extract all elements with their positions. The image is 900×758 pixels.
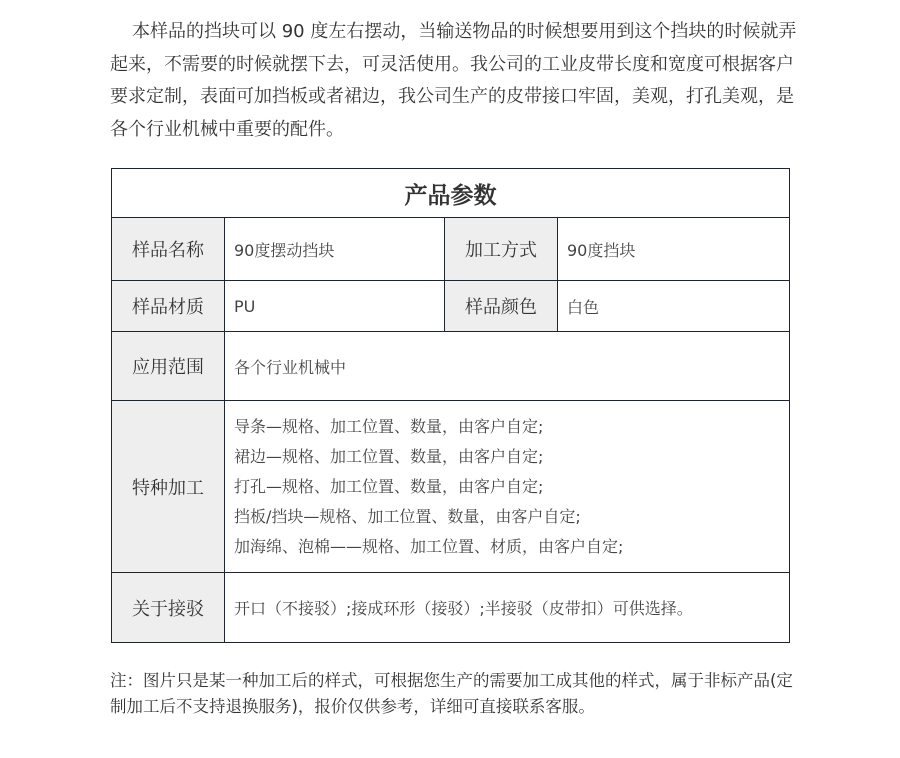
table-row: 特种加工 导条—规格、加工位置、数量，由客户自定; 裙边—规格、加工位置、数量，… xyxy=(112,401,790,573)
special-line-guide: 导条—规格、加工位置、数量，由客户自定; xyxy=(234,412,789,442)
product-params-table: 产品参数 样品名称 90度摆动挡块 加工方式 90度挡块 样品材质 PU 样品颜… xyxy=(111,168,790,643)
special-line-skirt: 裙边—规格、加工位置、数量，由客户自定; xyxy=(234,442,789,472)
table-row: 样品名称 90度摆动挡块 加工方式 90度挡块 xyxy=(112,218,790,281)
special-line-sponge: 加海绵、泡棉——规格、加工位置、材质，由客户自定; xyxy=(234,532,789,562)
application-value: 各个行业机械中 xyxy=(225,332,790,401)
processing-method-label: 加工方式 xyxy=(445,218,558,281)
table-row: 样品材质 PU 样品颜色 白色 xyxy=(112,281,790,332)
special-line-punch: 打孔—规格、加工位置、数量，由客户自定; xyxy=(234,472,789,502)
special-processing-label: 特种加工 xyxy=(112,401,225,573)
processing-method-value: 90度挡块 xyxy=(558,218,790,281)
sample-material-value: PU xyxy=(225,281,445,332)
sample-color-label: 样品颜色 xyxy=(445,281,558,332)
table-row: 关于接驳 开口（不接驳）;接成环形（接驳）;半接驳（皮带扣）可供选择。 xyxy=(112,573,790,643)
table-row: 应用范围 各个行业机械中 xyxy=(112,332,790,401)
special-processing-value: 导条—规格、加工位置、数量，由客户自定; 裙边—规格、加工位置、数量，由客户自定… xyxy=(225,401,790,573)
intro-paragraph: 本样品的挡块可以 90 度左右摆动，当输送物品的时候想要用到这个挡块的时候就弄起… xyxy=(110,16,800,146)
joint-value: 开口（不接驳）;接成环形（接驳）;半接驳（皮带扣）可供选择。 xyxy=(225,573,790,643)
sample-name-value: 90度摆动挡块 xyxy=(225,218,445,281)
footnote: 注：图片只是某一种加工后的样式，可根据您生产的需要加工成其他的样式，属于非标产品… xyxy=(110,668,800,720)
table-title: 产品参数 xyxy=(112,169,790,218)
sample-color-value: 白色 xyxy=(558,281,790,332)
application-label: 应用范围 xyxy=(112,332,225,401)
sample-name-label: 样品名称 xyxy=(112,218,225,281)
sample-material-label: 样品材质 xyxy=(112,281,225,332)
special-line-baffle: 挡板/挡块—规格、加工位置、数量，由客户自定; xyxy=(234,502,789,532)
intro-text: 本样品的挡块可以 90 度左右摆动，当输送物品的时候想要用到这个挡块的时候就弄起… xyxy=(110,21,796,140)
joint-label: 关于接驳 xyxy=(112,573,225,643)
